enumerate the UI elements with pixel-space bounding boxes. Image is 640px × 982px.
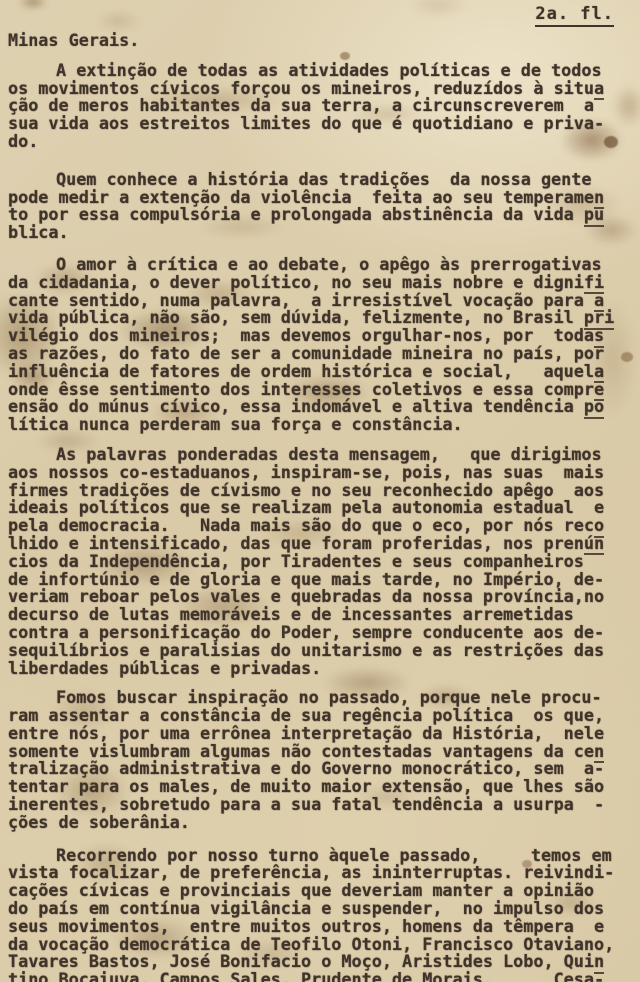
document-page: 2a. fl. Minas Gerais. A extinção de toda…	[0, 0, 640, 982]
text-line: blica.	[8, 224, 634, 242]
text-line: tino Bocaiuva, Campos Sales, Prudente de…	[8, 971, 634, 982]
text-line: aos nossos co-estaduanos, inspiram-se, p…	[8, 464, 634, 482]
text-line: Quem conhece a história das tradições da…	[8, 171, 634, 189]
underlined-syllable: pu	[584, 204, 604, 227]
text-line: liberdades públicas e privadas.	[8, 660, 634, 678]
text-line: cios da Independência, por Tiradentes e …	[8, 553, 634, 571]
stain	[96, 10, 140, 32]
paragraph: Quem conhece a história das tradições da…	[8, 171, 634, 242]
text-line: seus movimentos, entre muitos outros, ho…	[8, 918, 634, 936]
page-number: 2a. fl.	[535, 4, 614, 27]
text-line: ções de soberânia.	[8, 814, 634, 832]
paragraph: Fomos buscar inspiração no passado, porq…	[8, 689, 634, 831]
paragraph: A extinção de todas as atividades políti…	[8, 62, 634, 151]
stain	[408, 0, 468, 18]
document-body: A extinção de todas as atividades políti…	[8, 62, 634, 982]
underlined-syllable: po	[584, 396, 604, 419]
paragraph: Recorrendo por nosso turno àquele passad…	[8, 847, 634, 982]
underlined-syllable: a	[594, 78, 604, 101]
text-line: sua vida aos estreitos limites do que é …	[8, 115, 634, 133]
text-line: lítica nunca perderam sua força e constâ…	[8, 416, 634, 434]
text-line: influência de fatores de ordem histórica…	[8, 363, 634, 381]
text-line: to por essa compulsória e prolongada abs…	[8, 206, 634, 224]
text-line: A extinção de todas as atividades políti…	[8, 62, 634, 80]
stain	[340, 52, 350, 60]
text-line: da cidadania, o dever político, no seu m…	[8, 274, 634, 292]
paragraph: As palavras ponderadas desta mensagem, q…	[8, 446, 634, 677]
text-line: do.	[8, 133, 634, 151]
stain	[18, 0, 48, 10]
document-salutation: Minas Gerais.	[8, 32, 640, 50]
underlined-syllable: ún	[584, 533, 604, 556]
text-line: sequilíbrios e paralisias do unitarismo …	[8, 642, 634, 660]
paragraph: O amor à crítica e ao debate, o apêgo às…	[8, 256, 634, 434]
